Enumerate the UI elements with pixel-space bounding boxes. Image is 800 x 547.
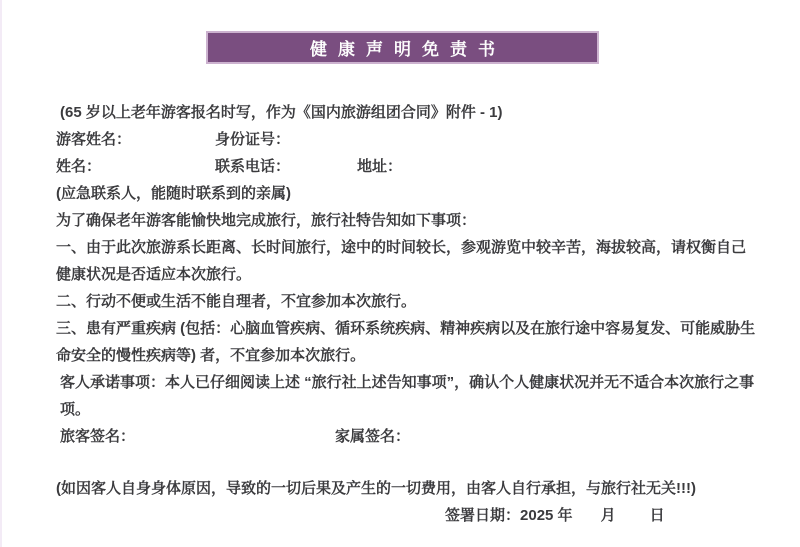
promise-statement: 客人承诺事项：本人已仔细阅读上述 “旅行社上述告知事项”，确认个人健康状况并无不… — [56, 369, 756, 423]
notice-item-2: 二、行动不便或生活不能自理者，不宜参加本次旅行。 — [56, 288, 756, 315]
tourist-identity-row: 游客姓名： 身份证号： — [56, 126, 756, 153]
emergency-contact-row: 姓名： 联系电话： 地址： — [56, 153, 756, 180]
notice-item-3-prefix: 三、 — [56, 320, 86, 337]
notice-item-3: 三、患有严重疾病 (包括：心脑血管疾病、循环系统疾病、精神疾病以及在旅行途中容易… — [56, 315, 756, 369]
notice-item-1-prefix: 一、 — [56, 239, 86, 256]
sign-date-year: 2025 年 — [520, 507, 573, 524]
tourist-signature-label: 旅客签名： — [60, 428, 135, 445]
address-label: 地址： — [357, 153, 402, 180]
notice-item-2-text: 行动不便或生活不能自理者，不宜参加本次旅行。 — [86, 293, 416, 310]
contact-name-label: 姓名： — [56, 158, 101, 175]
sign-date-label: 签署日期： — [445, 507, 520, 524]
title-banner: 健康声明免责书 — [206, 31, 599, 64]
notice-item-1: 一、由于此次旅游系长距离、长时间旅行，途中的时间较长，参观游览中较辛苦，海拔较高… — [56, 234, 756, 288]
document-title: 健康声明免责书 — [310, 35, 506, 60]
phone-label: 联系电话： — [215, 153, 290, 180]
health-declaration-document: 健康声明免责书 (65 岁以上老年游客报名时写，作为《国内旅游组团合同》附件 -… — [0, 0, 800, 547]
sign-date-row: 签署日期：2025 年月日 — [56, 502, 756, 529]
sign-date-month: 月 — [601, 507, 616, 524]
document-body: (65 岁以上老年游客报名时写，作为《国内旅游组团合同》附件 - 1) 游客姓名… — [56, 99, 756, 529]
notice-item-2-prefix: 二、 — [56, 293, 86, 310]
intro-note: (65 岁以上老年游客报名时写，作为《国内旅游组团合同》附件 - 1) — [56, 99, 756, 126]
emergency-contact-note: (应急联系人，能随时联系到的亲属) — [56, 180, 756, 207]
sign-date-day: 日 — [650, 507, 665, 524]
liability-note: (如因客人自身身体原因，导致的一切后果及产生的一切费用，由客人自行承担，与旅行社… — [56, 475, 756, 502]
signature-row: 旅客签名： 家属签名： — [56, 423, 756, 450]
notice-item-3-text: 患有严重疾病 (包括：心脑血管疾病、循环系统疾病、精神疾病以及在旅行途中容易复发… — [56, 320, 755, 364]
tourist-name-label: 游客姓名： — [56, 131, 131, 148]
id-number-label: 身份证号： — [215, 126, 290, 153]
notice-intro: 为了确保老年游客能愉快地完成旅行，旅行社特告知如下事项： — [56, 207, 756, 234]
family-signature-label: 家属签名： — [335, 423, 410, 450]
notice-item-1-text: 由于此次旅游系长距离、长时间旅行，途中的时间较长，参观游览中较辛苦，海拔较高，请… — [56, 239, 746, 283]
